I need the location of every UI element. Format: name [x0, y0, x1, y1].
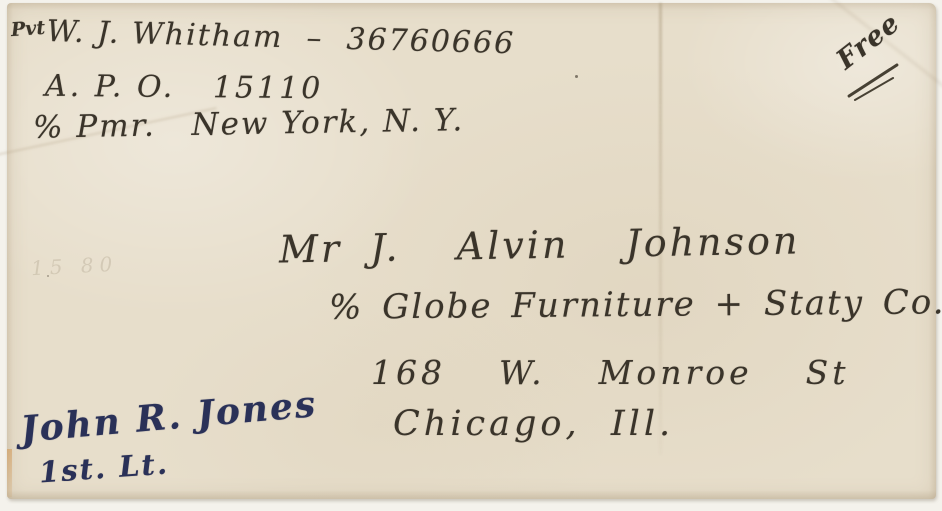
recipient-name-line: Mr J. Alvin Johnson [279, 220, 801, 271]
recipient-company-line: % Globe Furniture + Staty Co. [329, 284, 942, 327]
sender-rank: Pvt [10, 18, 45, 41]
envelope-scan: Pvt W. J. Whitham – 36760666 A. P. O. 15… [7, 3, 936, 499]
pencil-note: 15 80 [30, 253, 118, 280]
sender-apo-line: A. P. O. 15110 [45, 70, 324, 105]
paper-speck [575, 75, 578, 78]
censor-signature: John R. Jones [19, 385, 319, 450]
censor-rank: 1st. Lt. [38, 449, 170, 490]
sender-postmaster-line: % Pmr. New York, N. Y. [33, 103, 465, 145]
sender-name-serial-line: W. J. Whitham – 36760666 [46, 15, 515, 60]
recipient-city-line: Chicago, Ill. [393, 405, 674, 444]
edge-smudge [7, 449, 12, 497]
recipient-street-line: 168 W. Monroe St [371, 355, 850, 391]
